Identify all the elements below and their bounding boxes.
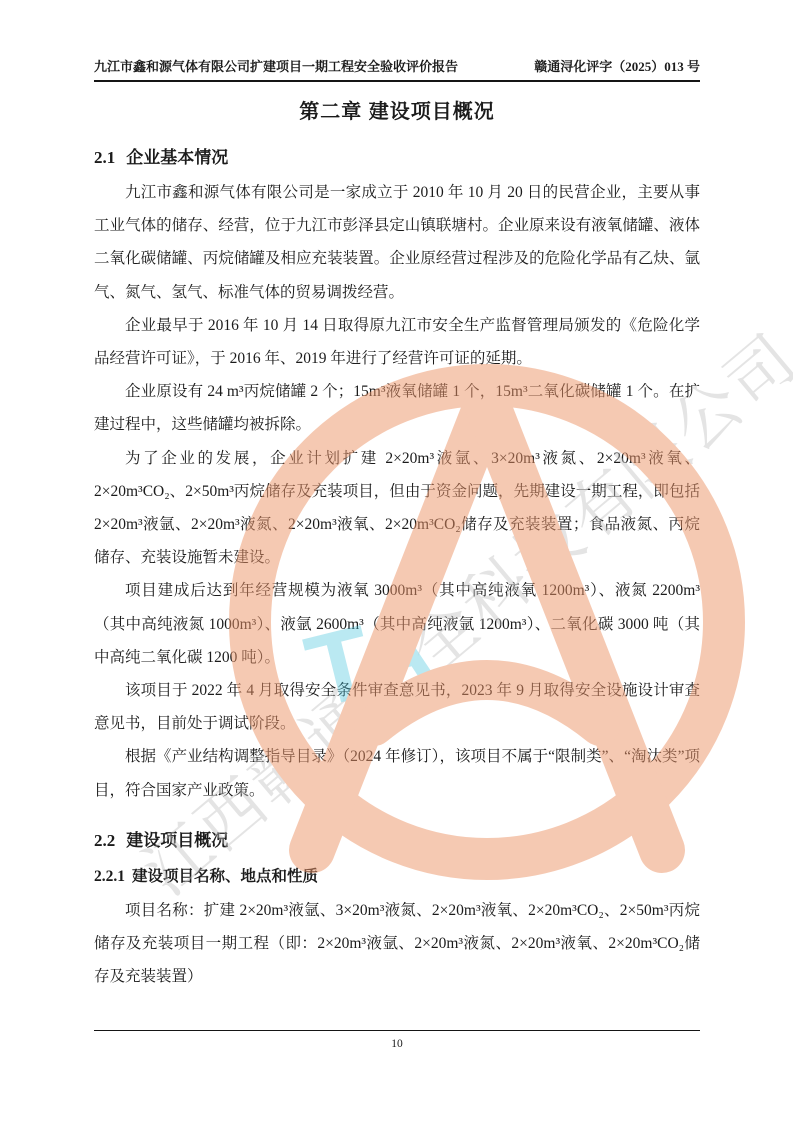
header-report-title: 九江市鑫和源气体有限公司扩建项目一期工程安全验收评价报告 — [94, 56, 458, 75]
section-2-2-1-title: 建设项目名称、地点和性质 — [132, 868, 318, 885]
section-2-1-title: 企业基本情况 — [126, 148, 228, 167]
page-footer: 10 — [94, 1030, 700, 1052]
section-2-2-title: 建设项目概况 — [126, 831, 228, 850]
section-2-2-number: 2.2 — [94, 831, 115, 850]
page-number: 10 — [391, 1038, 403, 1050]
paragraph-project-name: 项目名称：扩建 2×20m³液氩、3×20m³液氮、2×20m³液氧、2×20m… — [94, 894, 700, 994]
paragraph-license-history: 企业最早于 2016 年 10 月 14 日取得原九江市安全生产监督管理局颁发的… — [94, 309, 700, 375]
paragraph-company-intro: 九江市鑫和源气体有限公司是一家成立于 2010 年 10 月 20 日的民营企业… — [94, 176, 700, 309]
section-2-2-1-number: 2.2.1 — [94, 868, 125, 885]
header-doc-number: 赣通浔化评字（2025）013 号 — [534, 56, 700, 75]
paragraph-operation-scale: 项目建成后达到年经营规模为液氧 3000m³（其中高纯液氧 1200m³）、液氮… — [94, 574, 700, 674]
paragraph-expansion-plan: 为了企业的发展，企业计划扩建 2×20m³液氩、3×20m³液氮、2×20m³液… — [94, 442, 700, 575]
paragraph-review-status: 该项目于 2022 年 4 月取得安全条件审查意见书，2023 年 9 月取得安… — [94, 674, 700, 740]
paragraph-industry-policy: 根据《产业结构调整指导目录》（2024 年修订），该项目不属于“限制类”、“淘汰… — [94, 740, 700, 806]
document-page: 九江市鑫和源气体有限公司扩建项目一期工程安全验收评价报告 赣通浔化评字（2025… — [0, 0, 793, 1122]
section-2-2-heading: 2.2建设项目概况 — [94, 826, 700, 851]
section-2-1-number: 2.1 — [94, 148, 115, 167]
section-2-2-1-heading: 2.2.1建设项目名称、地点和性质 — [94, 864, 700, 886]
page-content: 九江市鑫和源气体有限公司扩建项目一期工程安全验收评价报告 赣通浔化评字（2025… — [94, 0, 700, 993]
chapter-title: 第二章 建设项目概况 — [94, 95, 700, 124]
section-2-1-heading: 2.1企业基本情况 — [94, 143, 700, 168]
page-header: 九江市鑫和源气体有限公司扩建项目一期工程安全验收评价报告 赣通浔化评字（2025… — [94, 0, 700, 82]
paragraph-original-tanks: 企业原设有 24 m³丙烷储罐 2 个；15m³液氧储罐 1 个，15m³二氧化… — [94, 375, 700, 441]
